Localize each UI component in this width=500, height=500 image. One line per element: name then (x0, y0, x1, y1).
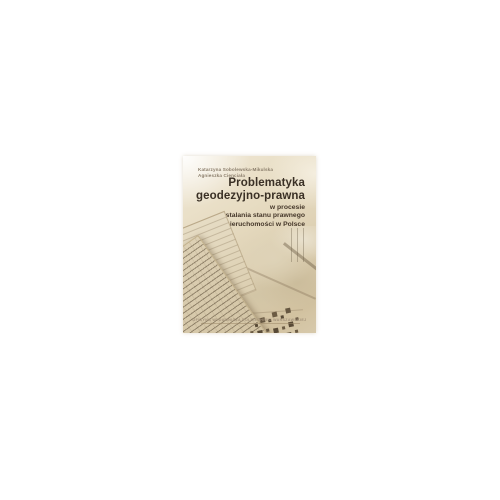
title-line-1: Problematyka (196, 177, 305, 190)
publisher-name: Oficyna Wydawnicza Politechniki Warszaws… (183, 318, 316, 322)
subtitle-line-1: w procesie (222, 204, 305, 212)
subtitle-line-2: ustalania stanu prawnego (222, 212, 305, 220)
building-footprint-shapes (255, 324, 259, 328)
title-line-2: geodezyjno-prawna (196, 190, 305, 203)
publisher-divider-line (201, 323, 300, 324)
product-image-page: Katarzyna Sobolewska-Mikulska Agnieszka … (0, 0, 500, 500)
building-footprints-cluster (255, 324, 259, 328)
book-title: Problematyka geodezyjno-prawna (196, 177, 305, 202)
book-cover: Katarzyna Sobolewska-Mikulska Agnieszka … (183, 156, 316, 333)
cover-artwork-collage (183, 226, 316, 319)
